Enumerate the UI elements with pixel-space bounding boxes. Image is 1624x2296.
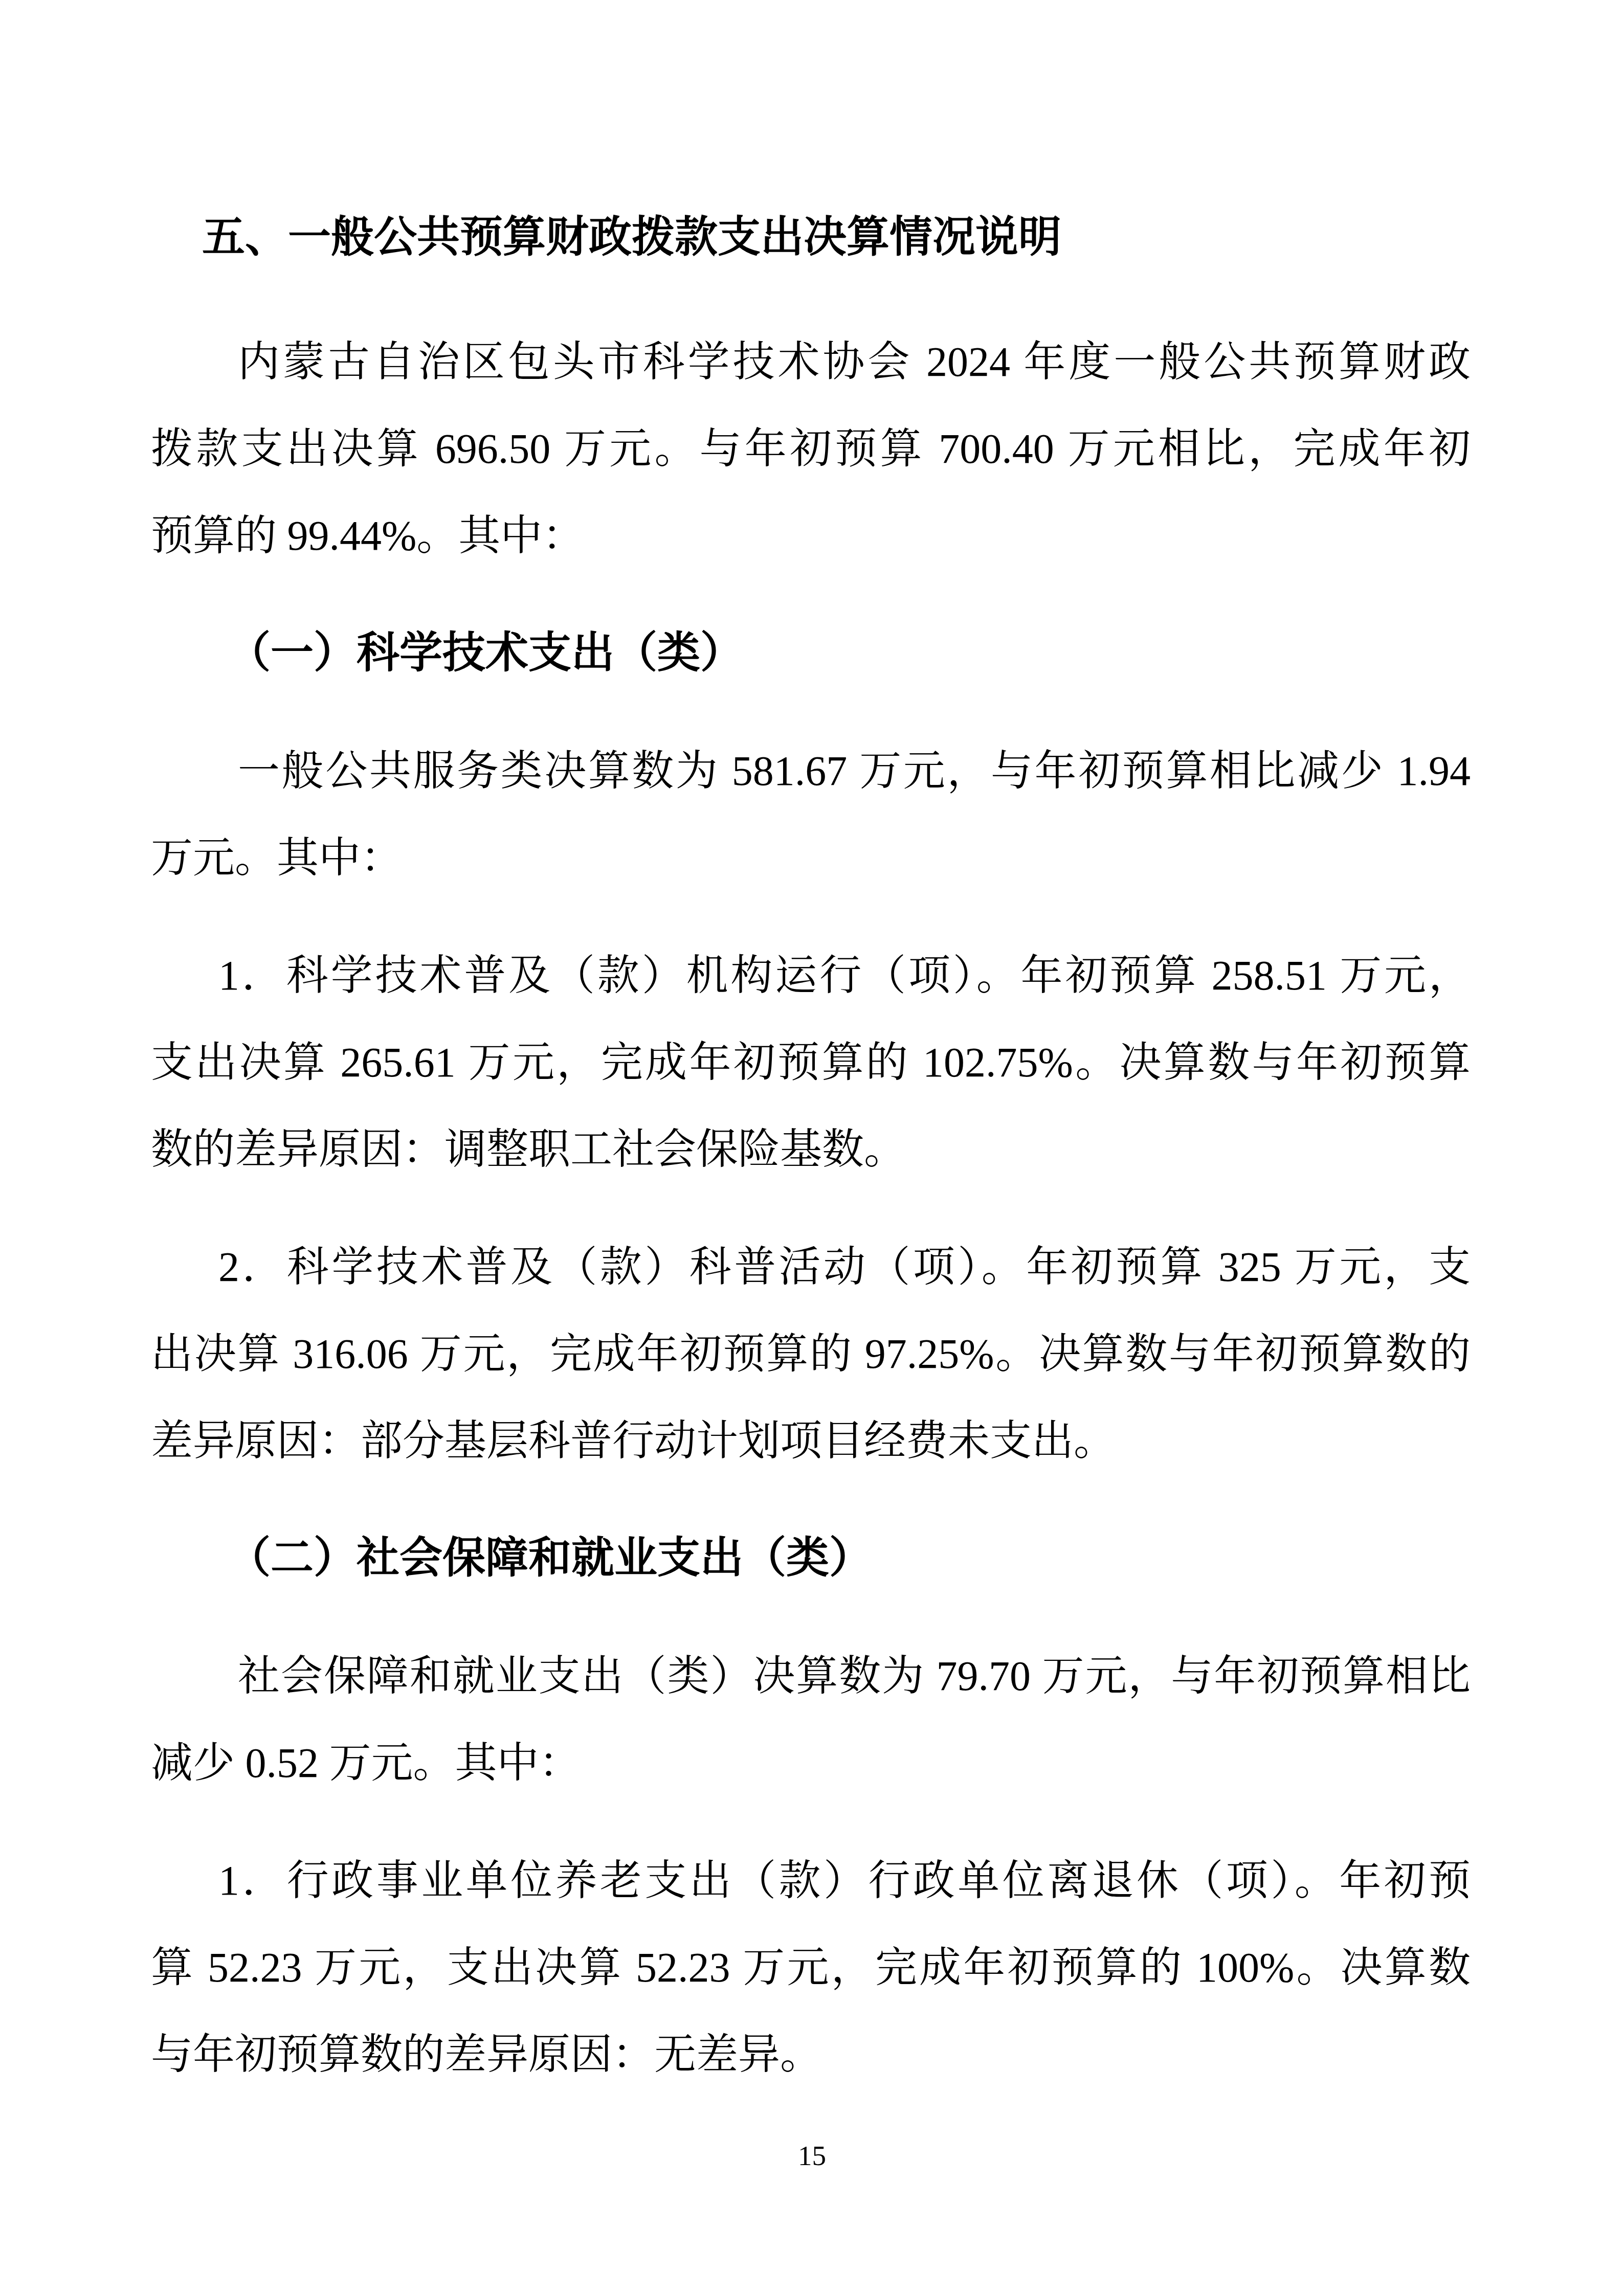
text-line: 拨款支出决算 696.50 万元。与年初预算 700.40 万元相比，完成年初 bbox=[151, 406, 1471, 492]
text-line: 差异原因：部分基层科普行动计划项目经费未支出。 bbox=[151, 1398, 1471, 1484]
item-science-popularization-operations: 1．科学技术普及（款）机构运行（项）。年初预算 258.51 万元， 支出决算 … bbox=[151, 932, 1471, 1193]
text-line: 2．科学技术普及（款）科普活动（项）。年初预算 325 万元，支 bbox=[151, 1224, 1471, 1311]
page-number: 15 bbox=[0, 2141, 1624, 2171]
doc-title: 五、一般公共预算财政拨款支出决算情况说明 bbox=[151, 193, 1471, 280]
text-line: 1．科学技术普及（款）机构运行（项）。年初预算 258.51 万元， bbox=[151, 932, 1471, 1019]
text-line: 减少 0.52 万元。其中： bbox=[151, 1720, 1471, 1807]
section-heading-science-tech: （一）科学技术支出（类） bbox=[151, 610, 1471, 697]
item-pension-retirement: 1．行政事业单位养老支出（款）行政单位离退休（项）。年初预 算 52.23 万元… bbox=[151, 1837, 1471, 2098]
text-line: 支出决算 265.61 万元，完成年初预算的 102.75%。决算数与年初预算 bbox=[151, 1019, 1471, 1106]
item-science-popularization-activities: 2．科学技术普及（款）科普活动（项）。年初预算 325 万元，支 出决算 316… bbox=[151, 1224, 1471, 1484]
text-line: 数的差异原因：调整职工社会保险基数。 bbox=[151, 1106, 1471, 1193]
text-line: 出决算 316.06 万元，完成年初预算的 97.25%。决算数与年初预算数的 bbox=[151, 1311, 1471, 1398]
paragraph-science-tech-total: 一般公共服务类决算数为 581.67 万元，与年初预算相比减少 1.94 万元。… bbox=[151, 728, 1471, 902]
text-line: 一般公共服务类决算数为 581.67 万元，与年初预算相比减少 1.94 bbox=[151, 728, 1471, 815]
text-line: 万元。其中： bbox=[151, 815, 1471, 902]
document-page: 五、一般公共预算财政拨款支出决算情况说明 内蒙古自治区包头市科学技术协会 202… bbox=[0, 0, 1624, 2296]
paragraph-social-security-total: 社会保障和就业支出（类）决算数为 79.70 万元，与年初预算相比 减少 0.5… bbox=[151, 1633, 1471, 1807]
text-line: 算 52.23 万元，支出决算 52.23 万元，完成年初预算的 100%。决算… bbox=[151, 1924, 1471, 2011]
paragraph-budget-overview: 内蒙古自治区包头市科学技术协会 2024 年度一般公共预算财政 拨款支出决算 6… bbox=[151, 319, 1471, 579]
text-line: 预算的 99.44%。其中： bbox=[151, 492, 1471, 579]
text-line: 内蒙古自治区包头市科学技术协会 2024 年度一般公共预算财政 bbox=[151, 319, 1471, 406]
text-line: 社会保障和就业支出（类）决算数为 79.70 万元，与年初预算相比 bbox=[151, 1633, 1471, 1720]
text-line: 与年初预算数的差异原因：无差异。 bbox=[151, 2011, 1471, 2098]
text-line: 1．行政事业单位养老支出（款）行政单位离退休（项）。年初预 bbox=[151, 1837, 1471, 1924]
section-heading-social-security: （二）社会保障和就业支出（类） bbox=[151, 1515, 1471, 1602]
